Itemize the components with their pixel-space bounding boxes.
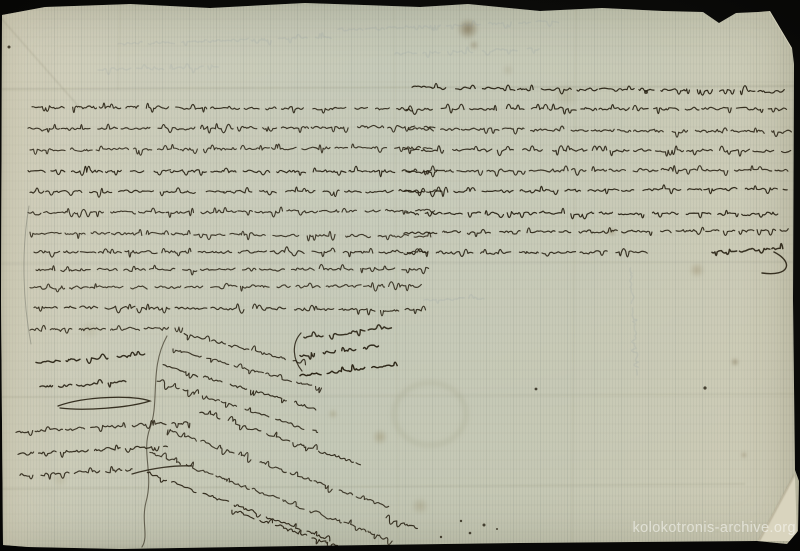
photo-background: kolokotronis-archive.org: [0, 0, 800, 551]
letter-paper: [0, 0, 800, 551]
watermark-label: kolokotronis-archive.org: [632, 520, 796, 536]
